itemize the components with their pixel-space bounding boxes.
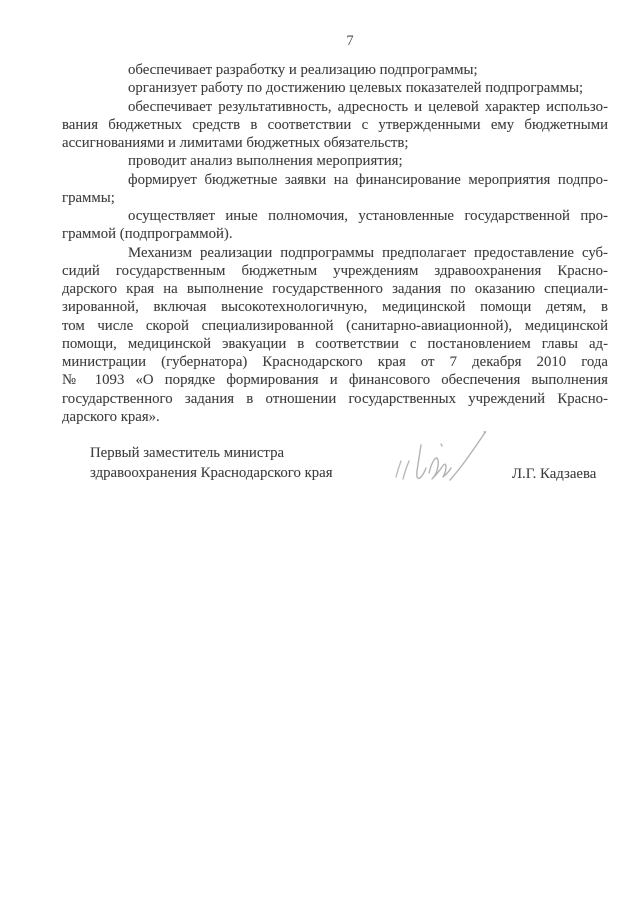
text-line: обеспечивает результативность, адресност… <box>62 98 608 116</box>
text-line: дарского края». <box>62 408 608 426</box>
signer-title-line: здравоохранения Краснодарского края <box>90 464 420 484</box>
text-line: формирует бюджетные заявки на финансиров… <box>62 171 608 189</box>
text-line: том числе скорой специализированной (сан… <box>62 317 608 335</box>
text-line: ассигнованиями и лимитами бюджетных обяз… <box>62 134 608 152</box>
page-number: 7 <box>330 33 370 50</box>
text-line: проводит анализ выполнения мероприятия; <box>62 152 608 170</box>
text-line: государственного задания в отношении гос… <box>62 390 608 408</box>
document-body: обеспечивает разработку и реализацию под… <box>62 61 608 426</box>
signature-block: Первый заместитель министра здравоохране… <box>90 444 420 483</box>
text-line: обеспечивает разработку и реализацию под… <box>62 61 608 79</box>
text-line: № 1093 «О порядке формирования и финансо… <box>62 371 608 389</box>
text-line: Механизм реализации подпрограммы предпол… <box>62 244 608 262</box>
text-line: министрации (губернатора) Краснодарского… <box>62 353 608 371</box>
signer-title-line: Первый заместитель министра <box>90 444 420 464</box>
text-line: зированной, включая высокотехнологичную,… <box>62 298 608 316</box>
text-line: осуществляет иные полномочия, установлен… <box>62 207 608 225</box>
signer-name: Л.Г. Кадзаева <box>512 466 622 483</box>
text-line: вания бюджетных средств в соответствии с… <box>62 116 608 134</box>
handwritten-signature <box>388 428 492 490</box>
text-line: дарского края на выполнение государствен… <box>62 280 608 298</box>
text-line: сидий государственным бюджетным учрежден… <box>62 262 608 280</box>
text-line: граммы; <box>62 189 608 207</box>
document-page: 7 обеспечивает разработку и реализацию п… <box>0 0 640 905</box>
text-line: помощи, медицинской эвакуации в соответс… <box>62 335 608 353</box>
text-line: организует работу по достижению целевых … <box>62 79 608 97</box>
text-line: граммой (подпрограммой). <box>62 225 608 243</box>
